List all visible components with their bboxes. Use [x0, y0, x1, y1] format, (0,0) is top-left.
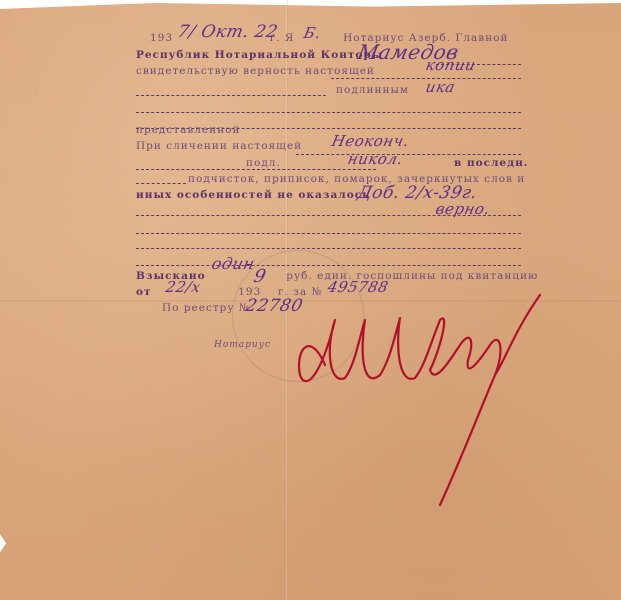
- red-signature: [290, 290, 550, 520]
- handwritten-date: 7/ Окт. 22: [176, 22, 280, 42]
- handwritten-verno: верно.: [434, 200, 492, 218]
- presented-line: представленной: [136, 124, 526, 137]
- handwritten-copy: копии: [424, 56, 477, 74]
- handwritten-fee-date: 22/х: [164, 278, 202, 296]
- handwritten-fee-amount: один: [210, 254, 257, 273]
- original-line: подлинным: [336, 84, 621, 97]
- handwritten-initial: Б.: [302, 24, 323, 42]
- handwritten-nikol: никол.: [346, 150, 405, 168]
- handwritten-ending: ика: [424, 78, 457, 96]
- handwritten-incomplete: Неоконч.: [330, 132, 411, 150]
